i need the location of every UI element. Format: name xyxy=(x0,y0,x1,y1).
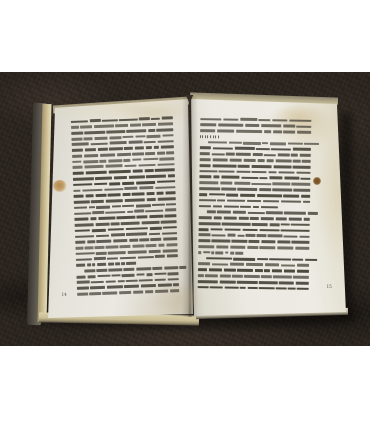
stain-spot-right-edge xyxy=(313,177,321,185)
stain-spot-left-margin xyxy=(53,180,67,192)
product-photo-canvas: 14 15 xyxy=(0,0,370,423)
left-page-text xyxy=(71,115,181,297)
right-page-number: 15 xyxy=(326,285,331,289)
right-page-text xyxy=(198,116,314,292)
left-page-number: 14 xyxy=(61,293,66,297)
photo: 14 15 xyxy=(0,72,370,346)
